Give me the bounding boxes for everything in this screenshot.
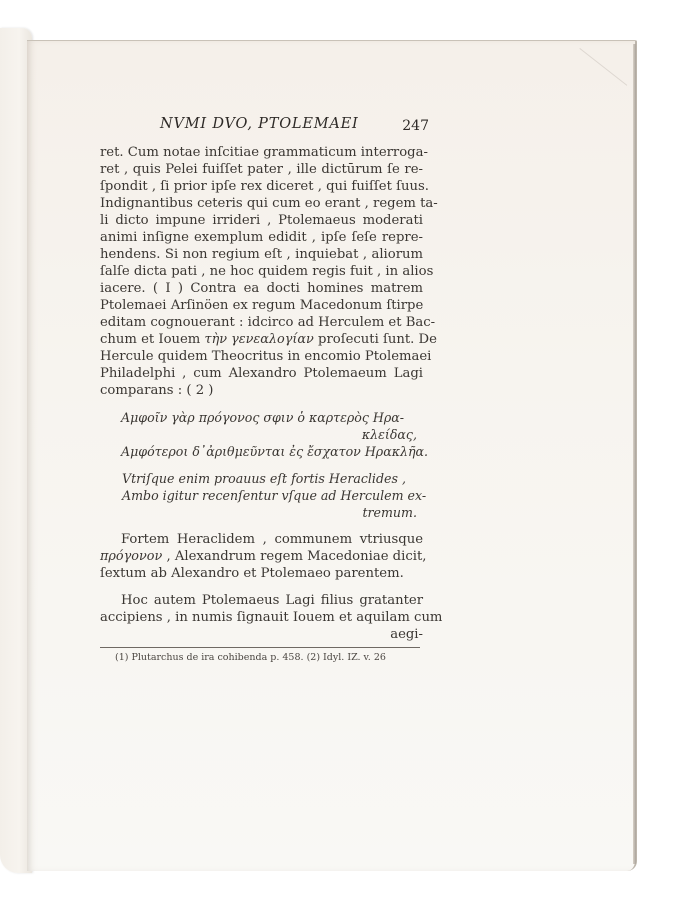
greek-phrase: τὴν γενεαλογίαν	[205, 332, 314, 347]
verse-line: Αμφοῖν γὰρ πρόγονος σφιν ὁ καρτερὸς Ηρα-	[100, 409, 423, 426]
text-line: hendens. Si non regium eſt , inquiebat ,…	[100, 246, 423, 263]
page-text-block: NVMI DVO, PTOLEMAEI 247 ret. Cum notae i…	[100, 112, 423, 663]
text-span: chum et Iouem	[100, 332, 200, 347]
text-line: accipiens , in numis ſignauit Iouem et a…	[100, 609, 423, 626]
text-line: ſalſe dicta pati , ne hoc quidem regis f…	[100, 263, 423, 280]
page-stack-edge	[633, 44, 636, 864]
running-head: NVMI DVO, PTOLEMAEI 247	[100, 112, 423, 136]
text-span: , Alexandrum regem Macedoniae dicit,	[166, 549, 426, 564]
text-line: Hercule quidem Theocritus in encomio Pto…	[100, 348, 423, 365]
text-line: comparans : ( 2 )	[100, 382, 423, 399]
catchword: aegi-	[100, 626, 423, 643]
running-title: NVMI DVO, PTOLEMAEI	[160, 116, 359, 132]
verse-line-continuation: κλείδας,	[100, 426, 423, 443]
text-line: Indignantibus ceteris qui cum eo erant ,…	[100, 195, 423, 212]
text-line: Ptolemaei Arſinöen ex regum Macedonum ſt…	[100, 297, 423, 314]
text-line: iacere. ( I ) Contra ea docti homines ma…	[100, 280, 423, 297]
verse-line-continuation: tremum.	[100, 504, 423, 521]
text-line: ſextum ab Alexandro et Ptolemaeo parente…	[100, 565, 423, 582]
text-line: ret , quis Pelei fuiſſet pater , ille di…	[100, 161, 423, 178]
text-line: editam cognouerant : idcirco ad Herculem…	[100, 314, 423, 331]
footnotes: (1) Plutarchus de ira cohibenda p. 458. …	[100, 648, 423, 663]
verse-line: Ambo igitur recenſentur vſque ad Hercule…	[100, 487, 423, 504]
text-line: Fortem Heraclidem , communem vtriusque	[100, 531, 423, 548]
text-line: Philadelphi , cum Alexandro Ptolemaeum L…	[100, 365, 423, 382]
text-line: Hoc autem Ptolemaeus Lagi filius gratant…	[100, 592, 423, 609]
text-line: πρόγονον , Alexandrum regem Macedoniae d…	[100, 548, 423, 565]
text-line: li dicto impune irrideri , Ptolemaeus mo…	[100, 212, 423, 229]
text-line: ret. Cum notae inſcitiae grammaticum int…	[100, 144, 423, 161]
text-line: animi inſigne exemplum edidit , ipſe ſeſ…	[100, 229, 423, 246]
paragraph-2: Fortem Heraclidem , communem vtriusque π…	[100, 531, 423, 582]
text-line: chum et Iouem τὴν γενεαλογίαν proſecuti …	[100, 331, 423, 348]
verse-line: Αμφότεροι δ᾽ἀριθμεῦνται ἐς ἔσχατον Ηρακλ…	[100, 443, 423, 460]
text-line: ſpondit , ſi prior ipſe rex diceret , qu…	[100, 178, 423, 195]
greek-phrase: πρόγονον	[100, 549, 162, 564]
page-number: 247	[402, 118, 429, 134]
paragraph-1: ret. Cum notae inſcitiae grammaticum int…	[100, 144, 423, 399]
paragraph-3: Hoc autem Ptolemaeus Lagi filius gratant…	[100, 592, 423, 643]
verse-line: Vtriſque enim proauus eſt fortis Heracli…	[100, 470, 423, 487]
greek-verse: Αμφοῖν γὰρ πρόγονος σφιν ὁ καρτερὸς Ηρα-…	[100, 409, 423, 460]
text-span: proſecuti ſunt. De	[318, 332, 437, 347]
latin-verse: Vtriſque enim proauus eſt fortis Heracli…	[100, 470, 423, 521]
